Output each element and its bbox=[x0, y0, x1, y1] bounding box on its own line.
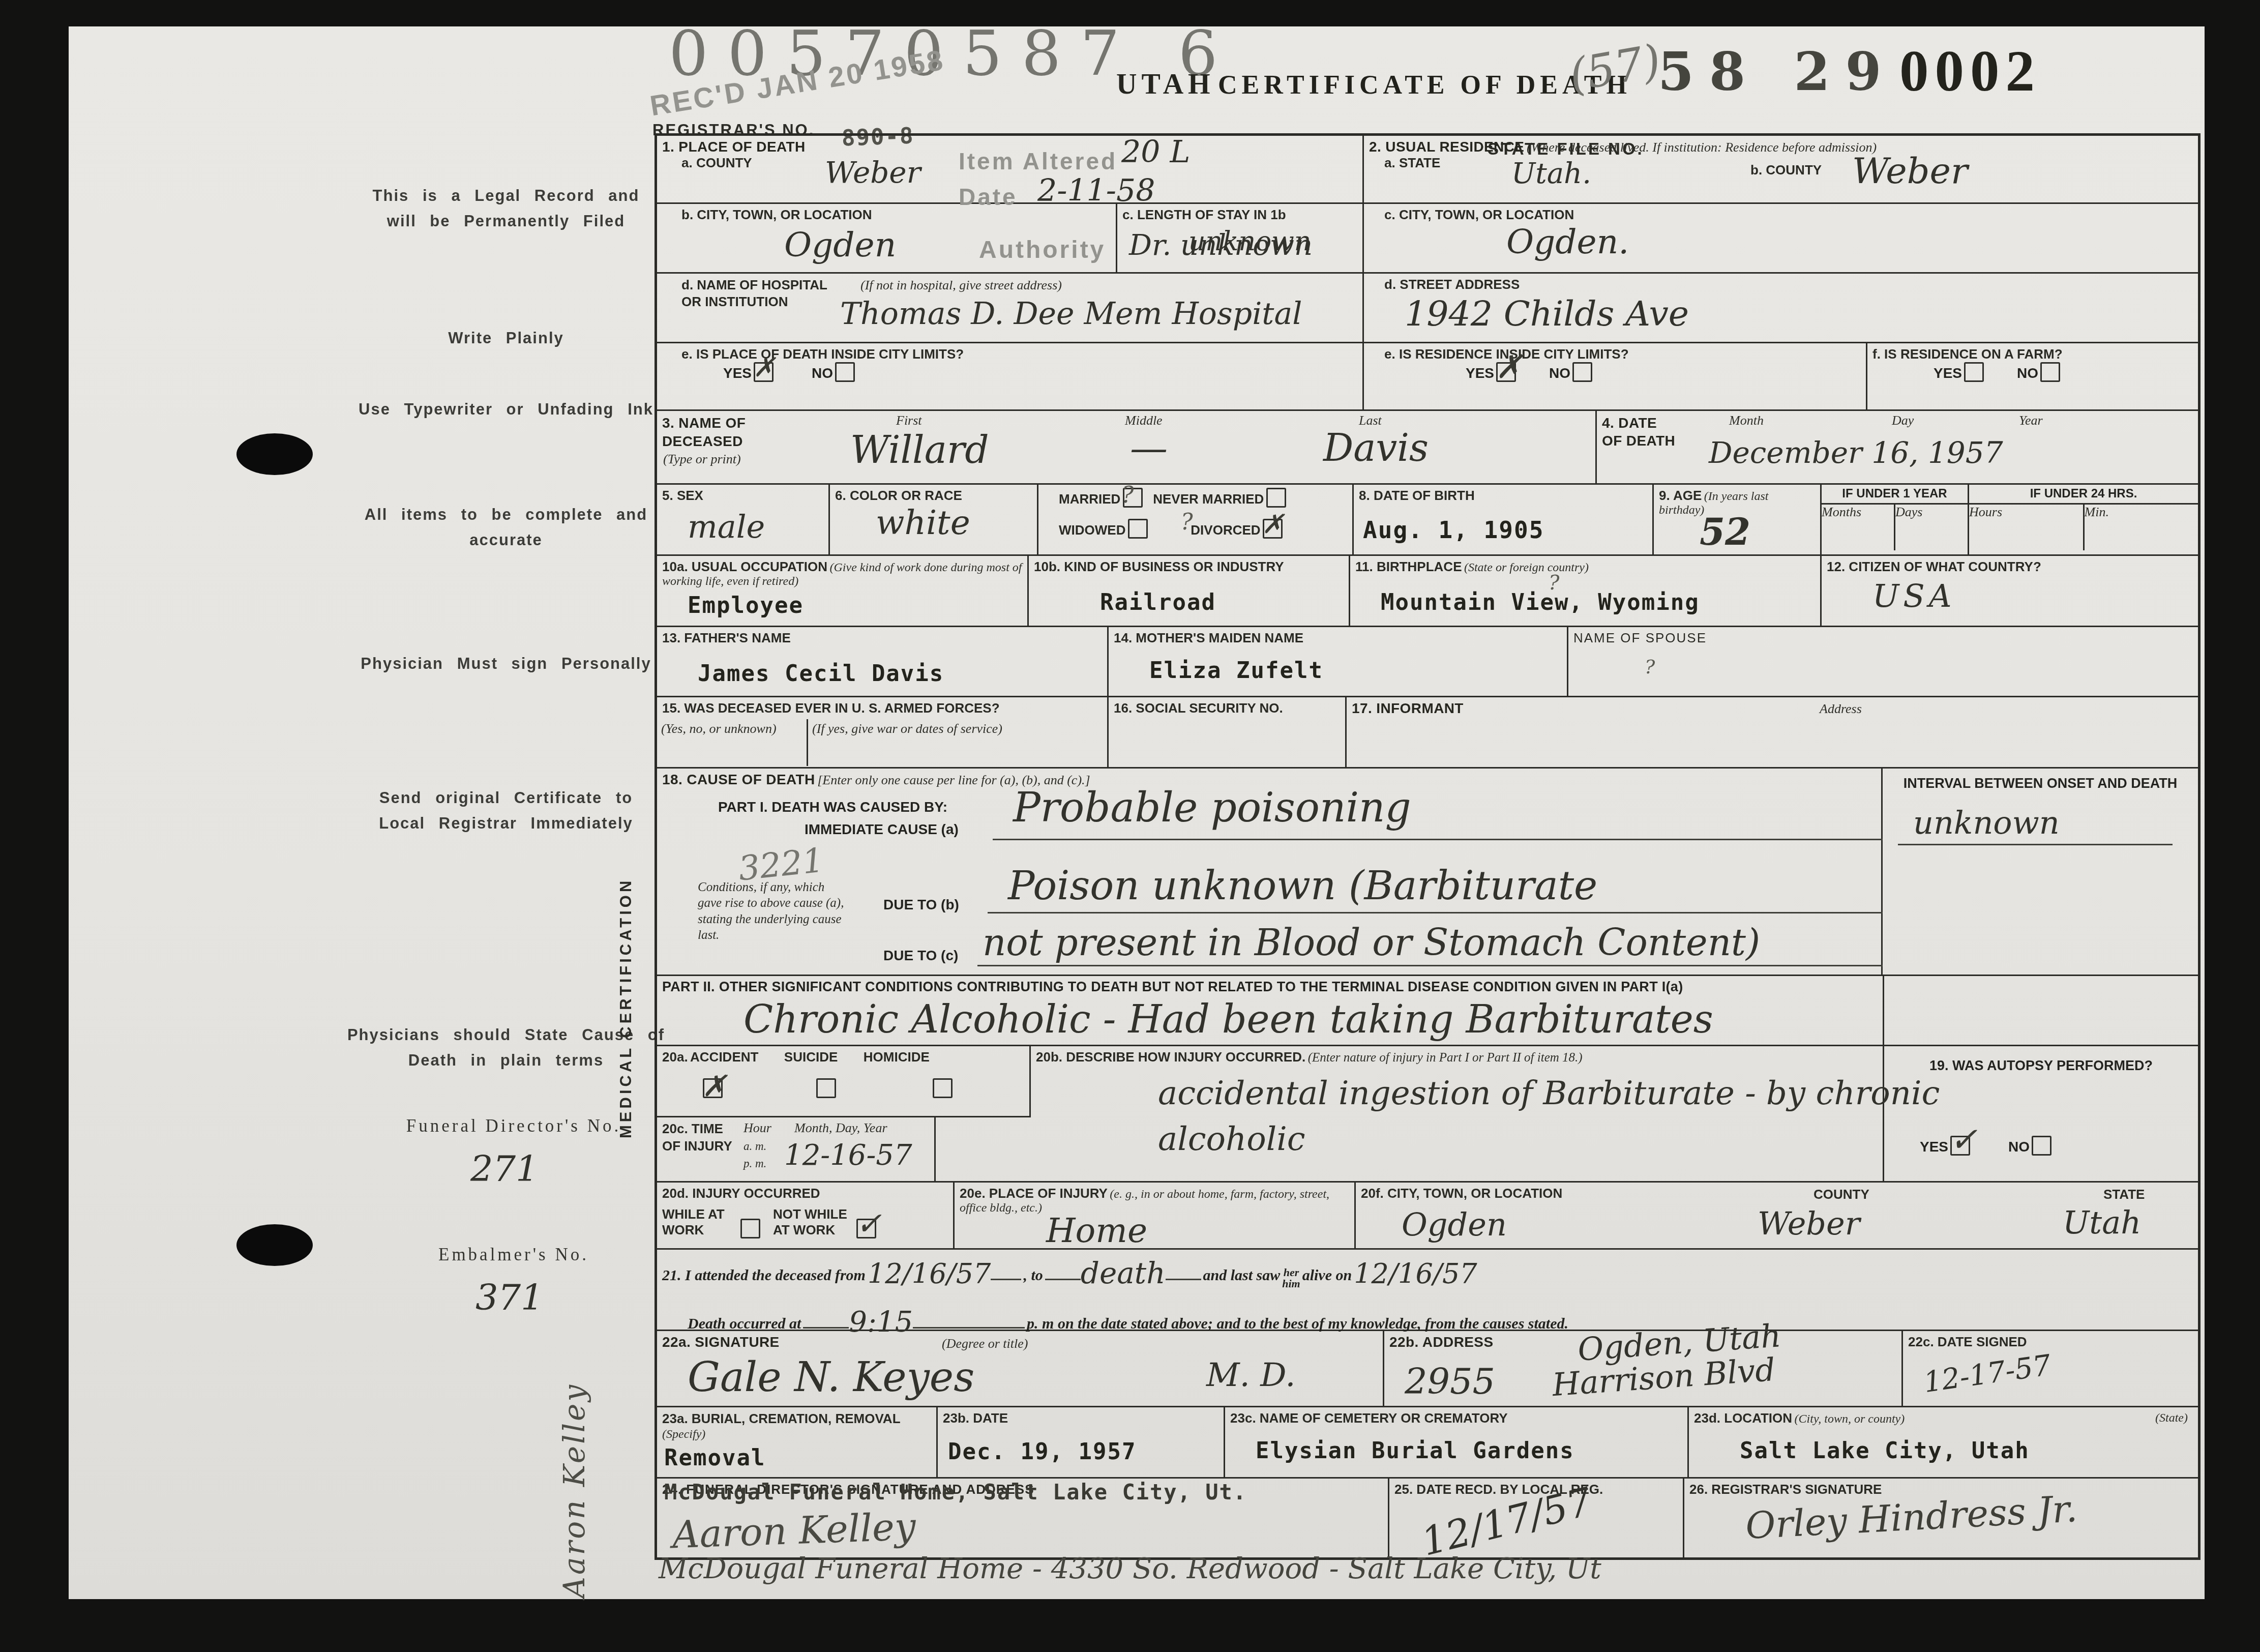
field-20b-describe: 20b. DESCRIBE HOW INJURY OCCURRED. (Ente… bbox=[1031, 1046, 1884, 1117]
never-married-checkbox bbox=[1266, 488, 1286, 508]
physician-address-number: 2955 bbox=[1405, 1361, 1495, 1402]
sex-value: male bbox=[688, 508, 765, 545]
field-spouse-name: NAME OF SPOUSE ? bbox=[1568, 627, 2198, 697]
divorced-mark: ✗ bbox=[1262, 509, 1284, 540]
injury-county-label: COUNTY bbox=[1813, 1187, 1869, 1202]
age-value: 52 bbox=[1700, 510, 1750, 553]
armed-forces-label: 15. WAS DECEASED EVER IN U. S. ARMED FOR… bbox=[657, 697, 1107, 719]
informant-label: 17. INFORMANT bbox=[1352, 700, 1464, 716]
attended-to-value: death bbox=[1081, 1256, 1166, 1290]
length-of-stay-label: c. LENGTH OF STAY IN 1b bbox=[1122, 207, 1286, 222]
farm-no-label: NO bbox=[2017, 365, 2038, 381]
pod-yes-checkbox: ✗ bbox=[754, 362, 774, 382]
hours-label: Hours bbox=[1969, 505, 2085, 550]
field-res-city-limits: e. IS RESIDENCE INSIDE CITY LIMITS? YES … bbox=[1364, 343, 1867, 411]
alive-on-value: 12/16/57 bbox=[1354, 1258, 1477, 1290]
state-file-no-part1: 58 29 bbox=[1658, 42, 1896, 103]
not-while-at-work-checkbox: ✓ bbox=[856, 1219, 876, 1238]
color-race-label: 6. COLOR OR RACE bbox=[835, 488, 962, 503]
margin-note-write-plainly: Write Plainly bbox=[353, 326, 659, 351]
place-of-death-title: 1. PLACE OF DEATH bbox=[662, 139, 806, 155]
not-while-at-work-mark: ✓ bbox=[855, 1205, 882, 1242]
field-industry: 10b. KIND OF BUSINESS OR INDUSTRY Railro… bbox=[1029, 556, 1350, 627]
margin-note-send-original: Send original Certificate to Local Regis… bbox=[353, 785, 659, 836]
dod-year-label: Year bbox=[2019, 413, 2043, 428]
citizen-value: USA bbox=[1872, 577, 1956, 614]
county-label: a. COUNTY bbox=[681, 155, 752, 170]
footer-funeral-home-note: McDougal Funeral Home - 4330 So. Redwood… bbox=[659, 1552, 1601, 1585]
residence-county-label: b. COUNTY bbox=[1750, 162, 1822, 178]
field-street-address: d. STREET ADDRESS 1942 Childs Ave bbox=[1364, 274, 2198, 343]
attended-from-value: 12/16/57 bbox=[868, 1258, 991, 1290]
married-label: MARRIED bbox=[1059, 491, 1120, 507]
part2-value: Chronic Alcoholic - Had been taking Barb… bbox=[744, 996, 1713, 1042]
place-injury-value: Home bbox=[1046, 1211, 1147, 1250]
part2-label: PART II. OTHER SIGNIFICANT CONDITIONS CO… bbox=[662, 979, 1683, 994]
time-injury-label: 20c. TIME OF INJURY bbox=[662, 1120, 738, 1155]
field-res-farm: f. IS RESIDENCE ON A FARM? YES NO bbox=[1867, 343, 2198, 411]
field-19-autopsy: 19. WAS AUTOPSY PERFORMED? bbox=[1884, 1046, 2198, 1117]
mother-name-label: 14. MOTHER'S MAIDEN NAME bbox=[1114, 630, 1303, 645]
birthplace-label: 11. BIRTHPLACE bbox=[1355, 559, 1462, 574]
field-23c-cemetery: 23c. NAME OF CEMETERY OR CREMATORY Elysi… bbox=[1225, 1407, 1689, 1479]
field-22c-date-signed: 22c. DATE SIGNED 12-17-57 bbox=[1903, 1331, 2198, 1407]
spouse-label: NAME OF SPOUSE bbox=[1573, 630, 1707, 645]
age-label: 9. AGE bbox=[1659, 488, 1702, 503]
farm-yes-checkbox bbox=[1964, 362, 1984, 382]
margin-note-typewriter: Use Typewriter or Unfading Ink bbox=[343, 397, 669, 422]
field-ssn: 16. SOCIAL SECURITY NO. bbox=[1109, 697, 1347, 769]
accident-checkbox: ✗ bbox=[703, 1078, 723, 1098]
place-city-value: Ogden bbox=[784, 225, 896, 264]
field-birthplace: 11. BIRTHPLACE (State or foreign country… bbox=[1350, 556, 1822, 627]
authority-stamp-label: Authority bbox=[979, 236, 1106, 264]
death-occurred-text: Death occurred at bbox=[688, 1315, 801, 1332]
manner-num: 20a. bbox=[662, 1049, 688, 1065]
first-name-label: First bbox=[896, 413, 922, 428]
certificate-form: 1. PLACE OF DEATH a. COUNTY Weber 2. USU… bbox=[655, 133, 2200, 1560]
hospital-value: Thomas D. Dee Mem Hospital bbox=[840, 296, 1302, 332]
field-date-of-death: 4. DATE OF DEATH Month Day Year December… bbox=[1597, 411, 2198, 485]
never-married-label: NEVER MARRIED bbox=[1153, 491, 1264, 507]
field-mother-name: 14. MOTHER'S MAIDEN NAME Eliza Zufelt bbox=[1109, 627, 1568, 697]
field-interval: INTERVAL BETWEEN ONSET AND DEATH unknown bbox=[1883, 769, 2198, 976]
time-injury-value: 12-16-57 bbox=[784, 1139, 912, 1172]
field-22b-address: 22b. ADDRESS Ogden, Utah 2955 Harrison B… bbox=[1384, 1331, 1903, 1407]
punch-hole-bottom bbox=[236, 1224, 313, 1266]
father-name-value: James Cecil Davis bbox=[698, 661, 944, 687]
field-armed-forces: 15. WAS DECEASED EVER IN U. S. ARMED FOR… bbox=[657, 697, 1109, 769]
autopsy-yes-checkbox: ✓ bbox=[1950, 1136, 1970, 1156]
him-label: him bbox=[1282, 1277, 1300, 1290]
burial-date-value: Dec. 19, 1957 bbox=[948, 1439, 1136, 1465]
injury-state-label: STATE bbox=[2103, 1187, 2145, 1202]
autopsy-yes-mark: ✓ bbox=[1949, 1120, 1977, 1159]
field-father-name: 13. FATHER'S NAME James Cecil Davis bbox=[657, 627, 1109, 697]
field-sex: 5. SEX male bbox=[657, 485, 830, 556]
due-to-c-line bbox=[977, 965, 1883, 966]
street-address-label: d. STREET ADDRESS bbox=[1384, 277, 1520, 292]
burial-date-label: 23b. DATE bbox=[943, 1410, 1008, 1426]
conditions-note: Conditions, if any, which gave rise to a… bbox=[698, 879, 850, 943]
certificate-paper: This is a Legal Record and will be Perma… bbox=[69, 26, 2205, 1599]
mdy-label: Month, Day, Year bbox=[794, 1120, 887, 1136]
funeral-director-typed: McDougal Funeral Home, Salt Lake City, U… bbox=[664, 1480, 1247, 1504]
res-no-label: NO bbox=[1549, 365, 1570, 381]
armed-forces-note1: (Yes, no, or unknown) bbox=[657, 719, 808, 766]
under-1yr-header: IF UNDER 1 YEAR bbox=[1822, 485, 1968, 505]
burial-note: (Specify) bbox=[662, 1428, 705, 1441]
field-age-under-24hrs: IF UNDER 24 HRS. Hours Min. bbox=[1969, 485, 2198, 556]
state-file-scribble: (57) bbox=[1565, 34, 1664, 102]
field-age: 9. AGE (In years last birthday) 52 bbox=[1654, 485, 1822, 556]
immediate-cause-line bbox=[993, 839, 1883, 840]
county-value: Weber bbox=[825, 155, 920, 190]
residence-state-value: Utah. bbox=[1511, 157, 1591, 190]
state-file-no-part2: 0002 bbox=[1899, 38, 2041, 105]
field-23b-date: 23b. DATE Dec. 19, 1957 bbox=[938, 1407, 1225, 1479]
homicide-checkbox bbox=[933, 1078, 953, 1098]
field-occupation: 10a. USUAL OCCUPATION (Give kind of work… bbox=[657, 556, 1029, 627]
last-name-value: Davis bbox=[1323, 426, 1429, 470]
suicide-label: SUICIDE bbox=[784, 1049, 838, 1065]
usual-residence-title: 2. USUAL RESIDENCE bbox=[1369, 139, 1524, 155]
injury-city-label: 20f. CITY, TOWN, OR LOCATION bbox=[1361, 1186, 1562, 1201]
injury-county-value: Weber bbox=[1758, 1205, 1860, 1242]
field-24-funeral-director: 24. FUNERAL DIRECTOR'S SIGNATURE AND ADD… bbox=[657, 1479, 1389, 1557]
interval-label: INTERVAL BETWEEN ONSET AND DEATH bbox=[1888, 772, 2193, 792]
pod-city-limits-label: e. IS PLACE OF DEATH INSIDE CITY LIMITS? bbox=[681, 346, 964, 362]
date-of-death-value: December 16, 1957 bbox=[1709, 435, 2003, 470]
hospital-label: d. NAME OF HOSPITAL OR INSTITUTION bbox=[681, 277, 834, 310]
cemetery-label: 23c. NAME OF CEMETERY OR CREMATORY bbox=[1230, 1410, 1508, 1426]
death-occurred-text-2: p. m on the date stated above; and to th… bbox=[1027, 1315, 1568, 1332]
accident-label: ACCIDENT bbox=[690, 1049, 758, 1065]
burial-location-note: (City, town, or county) bbox=[1795, 1412, 1905, 1426]
field-color-race: 6. COLOR OR RACE white bbox=[830, 485, 1038, 556]
cause-of-death-title: 18. CAUSE OF DEATH bbox=[662, 772, 815, 787]
field-20b-continued bbox=[936, 1117, 1884, 1183]
first-name-value: Willard bbox=[850, 428, 989, 472]
while-at-work-label: WHILE AT WORK bbox=[662, 1206, 738, 1238]
field-20e-place-of-injury: 20e. PLACE OF INJURY (e. g., in or about… bbox=[955, 1183, 1356, 1250]
res-yes-checkbox: ✗ bbox=[1496, 362, 1516, 382]
date-signed-value: 12-17-57 bbox=[1922, 1349, 2053, 1399]
divorced-checkbox: ✗ bbox=[1263, 519, 1283, 539]
item-altered-value: 20 L bbox=[1121, 134, 1190, 170]
place-city-label: b. CITY, TOWN, OR LOCATION bbox=[681, 207, 872, 222]
date-stamp-value: 2-11-58 bbox=[1037, 173, 1155, 209]
res-yes-label: YES bbox=[1466, 365, 1494, 381]
physician-signature-value: Gale N. Keyes bbox=[688, 1353, 974, 1401]
field-23d-location: 23d. LOCATION (City, town, or county) (S… bbox=[1689, 1407, 2198, 1479]
describe-injury-note: (Enter nature of injury in Part I or Par… bbox=[1308, 1051, 1583, 1065]
attended-text-3: and last saw bbox=[1203, 1267, 1281, 1284]
pod-yes-label: YES bbox=[723, 365, 752, 381]
field-19-autopsy-answer: YES ✓ NO bbox=[1884, 1117, 2198, 1183]
field-20d-injury-occurred: 20d. INJURY OCCURRED WHILE AT WORK NOT W… bbox=[657, 1183, 955, 1250]
am-label: a. m. bbox=[744, 1140, 766, 1153]
birthplace-note: (State or foreign country) bbox=[1464, 561, 1589, 574]
dob-label: 8. DATE OF BIRTH bbox=[1359, 488, 1475, 503]
pod-no-label: NO bbox=[812, 365, 833, 381]
date-of-death-title: 4. DATE OF DEATH bbox=[1602, 414, 1678, 450]
field-pod-city-limits: e. IS PLACE OF DEATH INSIDE CITY LIMITS?… bbox=[657, 343, 1364, 411]
margin-vertical-signature: Aaron Kelley bbox=[557, 1084, 591, 1598]
item-altered-stamp: Item Altered bbox=[959, 147, 1117, 175]
injury-city-value: Ogden bbox=[1402, 1206, 1507, 1243]
medical-certification-side-label: MEDICAL CERTIFICATION bbox=[617, 764, 635, 1252]
field-cause-of-death: 18. CAUSE OF DEATH [Enter only one cause… bbox=[657, 769, 1883, 976]
autopsy-no-checkbox bbox=[2032, 1136, 2051, 1156]
residence-state-label: a. STATE bbox=[1384, 155, 1440, 170]
field-usual-residence: 2. USUAL RESIDENCE (Where deceased lived… bbox=[1364, 136, 2198, 204]
scanned-photo: This is a Legal Record and will be Perma… bbox=[0, 0, 2260, 1652]
farm-no-checkbox bbox=[2040, 362, 2060, 382]
margin-note-complete: All items to be complete and accurate bbox=[353, 502, 659, 553]
field-22a-signature: 22a. SIGNATURE (Degree or title) Gale N.… bbox=[657, 1331, 1384, 1407]
burial-label: 23a. BURIAL, CREMATION, REMOVAL bbox=[662, 1411, 901, 1426]
describe-injury-value-line1: accidental ingestion of Barbiturate - by… bbox=[1158, 1075, 1940, 1112]
accident-mark: ✗ bbox=[702, 1069, 727, 1103]
color-race-value: white bbox=[876, 503, 970, 542]
due-to-b-label: DUE TO (b) bbox=[883, 897, 959, 913]
authority-stamp-value: Dr. unknown bbox=[1129, 229, 1313, 262]
embalmer-no-value: 371 bbox=[475, 1277, 544, 1318]
hospital-note: (If not in hospital, give street address… bbox=[860, 278, 1062, 293]
married-mark: ? bbox=[1122, 482, 1134, 508]
attended-text-2: , to bbox=[1023, 1267, 1043, 1284]
field-23a-burial: 23a. BURIAL, CREMATION, REMOVAL (Specify… bbox=[657, 1407, 938, 1479]
hour-label: Hour bbox=[744, 1120, 771, 1136]
title-utah: UTAH bbox=[1116, 68, 1215, 101]
interval-value: unknown bbox=[1913, 804, 2060, 841]
burial-value: Removal bbox=[664, 1445, 765, 1471]
date-signed-label: 22c. DATE SIGNED bbox=[1908, 1334, 2027, 1349]
street-address-value: 1942 Childs Ave bbox=[1405, 294, 1689, 334]
funeral-director-no-value: 271 bbox=[470, 1148, 539, 1190]
while-at-work-checkbox bbox=[740, 1219, 760, 1238]
physician-degree-value: M. D. bbox=[1206, 1356, 1296, 1394]
field-20c-time: 20c. TIME OF INJURY Hour a. m. p. m. Mon… bbox=[657, 1117, 936, 1183]
field-20a-manner: 20a. ACCIDENT SUICIDE HOMICIDE ✗ bbox=[657, 1046, 1031, 1117]
due-to-c-label: DUE TO (c) bbox=[883, 948, 958, 964]
divorced-label: DIVORCED bbox=[1191, 522, 1260, 538]
field-20f-location: 20f. CITY, TOWN, OR LOCATION COUNTY STAT… bbox=[1356, 1183, 2198, 1250]
cemetery-value: Elysian Burial Gardens bbox=[1256, 1438, 1574, 1464]
part1-label: PART I. DEATH WAS CAUSED BY: bbox=[718, 799, 947, 815]
spouse-question-mark: ? bbox=[1645, 656, 1655, 678]
physician-signature-label: 22a. SIGNATURE bbox=[662, 1334, 780, 1350]
margin-note-physician-sign: Physician Must sign Personally bbox=[353, 651, 659, 676]
field-21-attended: 21. I attended the deceased from 12/16/5… bbox=[657, 1250, 2198, 1331]
punch-hole-top bbox=[236, 433, 313, 475]
mother-name-value: Eliza Zufelt bbox=[1149, 658, 1323, 684]
armed-forces-note2: (If yes, give war or dates of service) bbox=[808, 719, 1107, 766]
field-25-date-received: 25. DATE RECD. BY LOCAL REG. 12/17/57 bbox=[1389, 1479, 1684, 1557]
informant-address-label: Address bbox=[1820, 701, 1862, 717]
funeral-director-signature: Aaron Kelley bbox=[672, 1505, 916, 1557]
burial-location-value: Salt Lake City, Utah bbox=[1740, 1438, 2030, 1464]
burial-location-label: 23d. LOCATION bbox=[1694, 1410, 1792, 1426]
birthplace-value: Mountain View, Wyoming bbox=[1381, 589, 1700, 615]
occupation-value: Employee bbox=[688, 593, 804, 618]
autopsy-no-label: NO bbox=[2008, 1139, 2030, 1155]
occupation-label: 10a. USUAL OCCUPATION bbox=[662, 559, 827, 574]
suicide-checkbox bbox=[816, 1078, 836, 1098]
field-age-under-1yr: IF UNDER 1 YEAR Months Days bbox=[1822, 485, 1969, 556]
due-to-b-line bbox=[988, 912, 1883, 913]
injury-occurred-label: 20d. INJURY OCCURRED bbox=[662, 1186, 820, 1201]
pod-yes-mark: ✗ bbox=[753, 352, 775, 383]
res-no-checkbox bbox=[1572, 362, 1592, 382]
widowed-checkbox bbox=[1128, 519, 1148, 539]
citizen-label: 12. CITIZEN OF WHAT COUNTRY? bbox=[1827, 559, 2041, 574]
due-to-b-value: Poison unknown (Barbiturate bbox=[1008, 863, 1597, 909]
attended-text-1: 21. I attended the deceased from bbox=[662, 1267, 866, 1284]
res-yes-mark: ✗ bbox=[1495, 348, 1523, 386]
date-stamp-label: Date bbox=[959, 183, 1018, 211]
autopsy-yes-label: YES bbox=[1920, 1139, 1948, 1155]
field-26-registrar-signature: 26. REGISTRAR'S SIGNATURE Orley Hindress… bbox=[1684, 1479, 2198, 1557]
field-marital-status: MARRIED ? NEVER MARRIED ? WIDOWED DIVORC… bbox=[1038, 485, 1354, 556]
field-date-of-birth: 8. DATE OF BIRTH Aug. 1, 1905 bbox=[1354, 485, 1654, 556]
industry-value: Railroad bbox=[1100, 589, 1216, 615]
field-citizen: 12. CITIZEN OF WHAT COUNTRY? USA bbox=[1822, 556, 2198, 627]
dod-month-label: Month bbox=[1729, 413, 1764, 428]
dob-value: Aug. 1, 1905 bbox=[1363, 516, 1544, 544]
usual-residence-note: (Where deceased lived. If institution: R… bbox=[1527, 140, 1877, 155]
injury-state-value: Utah bbox=[2063, 1204, 2141, 1241]
residence-county-value: Weber bbox=[1852, 150, 1968, 192]
describe-injury-label: 20b. DESCRIBE HOW INJURY OCCURRED. bbox=[1036, 1049, 1305, 1065]
immediate-cause-label: IMMEDIATE CAUSE (a) bbox=[805, 821, 959, 838]
homicide-label: HOMICIDE bbox=[864, 1049, 930, 1065]
field-name-of-deceased: 3. NAME OF DECEASED (Type or print) Firs… bbox=[657, 411, 1597, 485]
min-label: Min. bbox=[2085, 505, 2198, 550]
interval-line bbox=[1898, 844, 2173, 845]
field-part2: PART II. OTHER SIGNIFICANT CONDITIONS CO… bbox=[657, 976, 2198, 1046]
under-24hrs-header: IF UNDER 24 HRS. bbox=[1969, 485, 2198, 505]
name-deceased-note: (Type or print) bbox=[663, 452, 741, 467]
physician-address-label: 22b. ADDRESS bbox=[1389, 1334, 1493, 1350]
middle-name-value: — bbox=[1130, 426, 1168, 470]
farm-yes-label: YES bbox=[1934, 365, 1962, 381]
field-hospital: d. NAME OF HOSPITAL OR INSTITUTION (If n… bbox=[657, 274, 1364, 343]
residence-city-label: c. CITY, TOWN, OR LOCATION bbox=[1384, 207, 1574, 222]
field-residence-city: c. CITY, TOWN, OR LOCATION Ogden. bbox=[1364, 204, 2198, 274]
residence-city-value: Ogden. bbox=[1506, 222, 1629, 261]
attended-text-4: alive on bbox=[1302, 1267, 1352, 1284]
place-injury-label: 20e. PLACE OF INJURY bbox=[960, 1186, 1108, 1201]
not-while-at-work-label: NOT WHILE AT WORK bbox=[773, 1206, 854, 1238]
name-deceased-title: 3. NAME OF DECEASED bbox=[662, 414, 784, 451]
interval-column-divider bbox=[1883, 976, 1884, 1045]
widowed-label: WIDOWED bbox=[1059, 522, 1125, 538]
registrar-signature-label: 26. REGISTRAR'S SIGNATURE bbox=[1689, 1482, 1882, 1497]
autopsy-label: 19. WAS AUTOPSY PERFORMED? bbox=[1889, 1049, 2193, 1075]
due-to-c-value: not present in Blood or Stomach Content) bbox=[983, 921, 1760, 964]
res-farm-label: f. IS RESIDENCE ON A FARM? bbox=[1872, 346, 2063, 362]
months-label: Months bbox=[1822, 505, 1895, 550]
field-informant: 17. INFORMANT Address bbox=[1347, 697, 2198, 769]
degree-title-label: (Degree or title) bbox=[942, 1336, 1028, 1351]
industry-label: 10b. KIND OF BUSINESS OR INDUSTRY bbox=[1034, 559, 1284, 574]
burial-location-state-note: (State) bbox=[2155, 1411, 2188, 1425]
married-checkbox: ? bbox=[1123, 488, 1143, 508]
sex-label: 5. SEX bbox=[662, 488, 703, 503]
father-name-label: 13. FATHER'S NAME bbox=[662, 630, 791, 645]
days-label: Days bbox=[1895, 505, 1968, 550]
margin-note-legal-record: This is a Legal Record and will be Perma… bbox=[353, 183, 659, 234]
dod-day-label: Day bbox=[1892, 413, 1914, 428]
ssn-label: 16. SOCIAL SECURITY NO. bbox=[1114, 700, 1283, 716]
pod-no-checkbox bbox=[835, 362, 855, 382]
pm-label: p. m. bbox=[744, 1157, 766, 1170]
immediate-cause-value: Probable poisoning bbox=[1013, 784, 1411, 831]
